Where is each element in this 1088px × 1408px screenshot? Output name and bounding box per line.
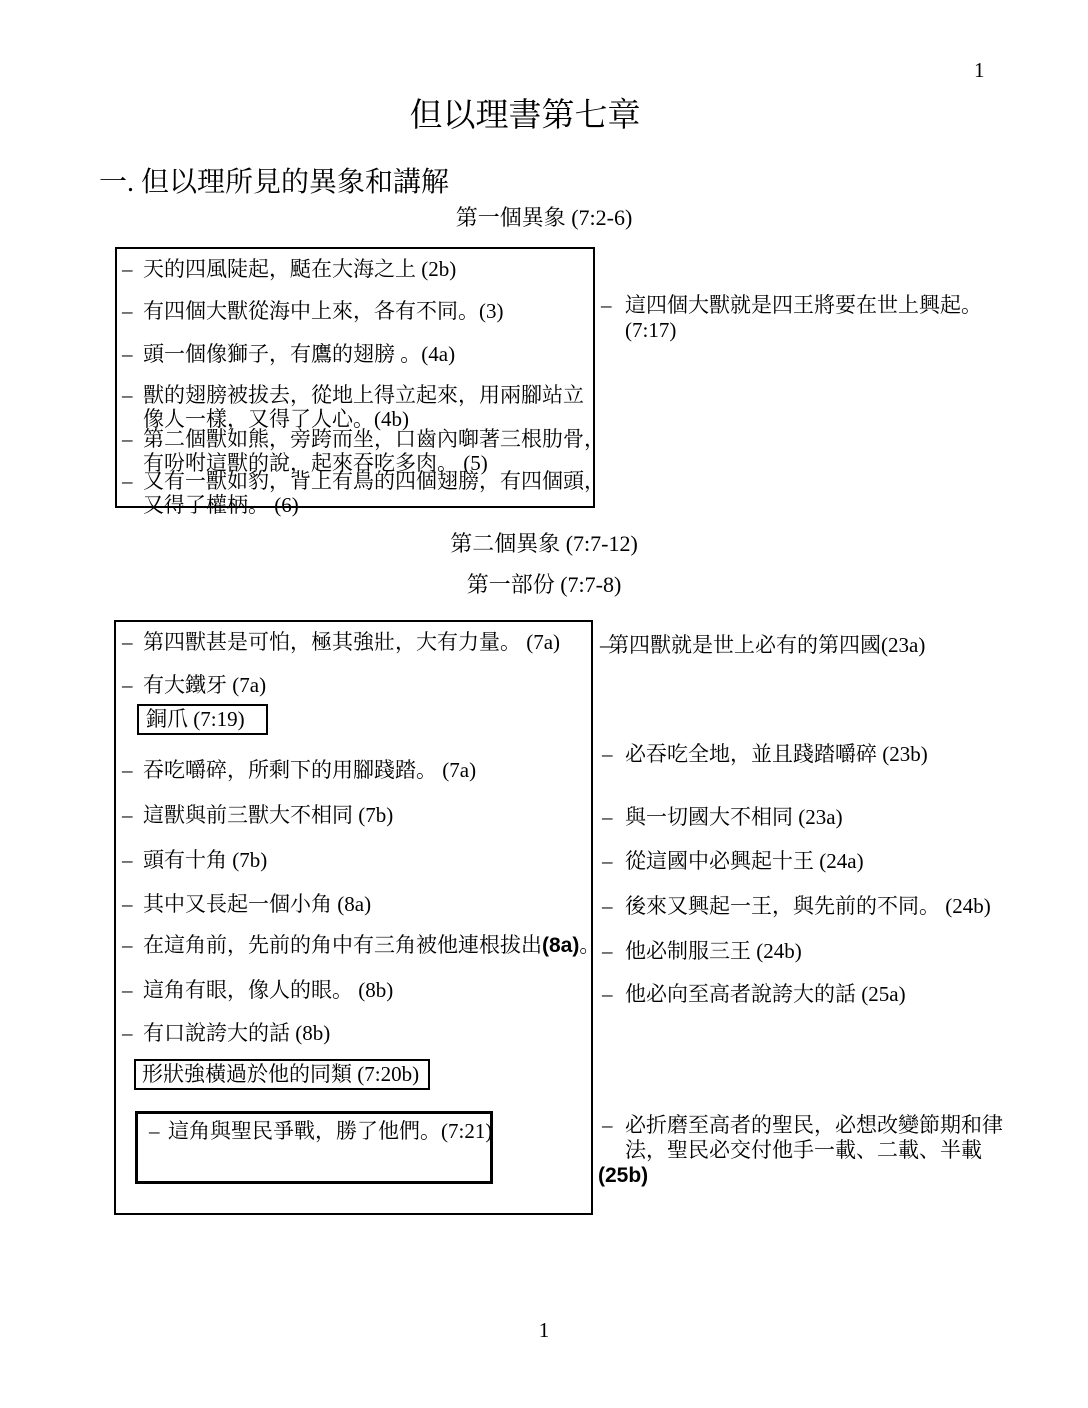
- bullet-dash: –: [602, 982, 625, 1006]
- item-text: 天的四風陡起，颳在大海之上 (2b): [143, 257, 456, 281]
- vision1-heading: 第一個異象 (7:2-6): [0, 205, 1088, 231]
- item-text: 這四個大獸就是四王將要在世上興起。(7:17): [625, 293, 982, 343]
- item-text: 其中又長起一個小角 (8a): [143, 892, 371, 916]
- bullet-dash: –: [122, 630, 143, 654]
- bullet-dash: –: [122, 978, 143, 1002]
- item-text: 第二個獸如熊，旁跨而坐，口齒內啣著三根肋骨，有吩咐這獸的說，起來吞吃多肉。 (5…: [143, 427, 605, 475]
- bullet-dash: –: [122, 427, 143, 451]
- item-text: 有四個大獸從海中上來，各有不同。(3): [143, 299, 504, 323]
- section-heading: 一. 但以理所見的異象和講解: [99, 167, 449, 199]
- item-text: 獸的翅膀被拔去，從地上得立起來，用兩腳站立像人一樣，又得了人心。(4b): [143, 383, 584, 431]
- item-text: 這角有眼，像人的眼。 (8b): [143, 978, 393, 1002]
- list-item: – 他必制服三王 (24b): [602, 939, 802, 963]
- list-item: – 必折磨至高者的聖民，必想改變節期和律 法，聖民必交付他手一載、二載、半載 (…: [602, 1113, 1003, 1188]
- list-item: – 有大鐵牙 (7a): [122, 673, 266, 697]
- list-item: – 第二個獸如熊，旁跨而坐，口齒內啣著三根肋骨，有吩咐這獸的說，起來吞吃多肉。 …: [122, 427, 605, 475]
- bullet-dash: –: [602, 894, 625, 918]
- bullet-dash: –: [149, 1119, 168, 1144]
- list-item: – 這獸與前三獸大不相同 (7b): [122, 803, 393, 827]
- bullet-dash: –: [122, 758, 143, 782]
- bullet-dash: –: [602, 939, 625, 963]
- list-item: – 獸的翅膀被拔去，從地上得立起來，用兩腳站立像人一樣，又得了人心。(4b): [122, 383, 584, 431]
- vision2-part-heading: 第一部份 (7:7-8): [0, 572, 1088, 598]
- claws-box: 銅爪 (7:19): [137, 704, 268, 735]
- bullet-dash: –: [122, 1021, 143, 1045]
- bullet-dash: –: [601, 293, 625, 318]
- item-text: 頭有十角 (7b): [143, 848, 267, 872]
- page-number-top: 1: [974, 58, 985, 82]
- item-text: 吞吃嚼碎，所剩下的用腳踐踏。 (7a): [143, 758, 476, 782]
- page-number-bottom: 1: [0, 1318, 1088, 1342]
- bullet-dash: –: [122, 383, 143, 407]
- item-text: 從這國中必興起十王 (24a): [625, 849, 864, 873]
- appearance-box: 形狀強橫過於他的同類 (7:20b): [134, 1059, 430, 1090]
- list-item: – 他必向至高者說誇大的話 (25a): [602, 982, 906, 1006]
- bullet-dash: –: [602, 805, 625, 829]
- list-item: – 天的四風陡起，颳在大海之上 (2b): [122, 257, 456, 281]
- bold-ref: (8a): [542, 934, 579, 957]
- list-item: – 第四獸甚是可怕，極其強壯，大有力量。 (7a): [122, 630, 560, 654]
- bullet-dash: –: [600, 633, 608, 657]
- bullet-dash: –: [122, 892, 143, 916]
- list-item: – 頭有十角 (7b): [122, 848, 267, 872]
- list-item: – 有四個大獸從海中上來，各有不同。(3): [122, 299, 504, 323]
- list-item: – 從這國中必興起十王 (24a): [602, 849, 864, 873]
- item-text: 後來又興起一王，與先前的不同。 (24b): [625, 894, 991, 918]
- item-text: 必折磨至高者的聖民，必想改變節期和律 法，聖民必交付他手一載、二載、半載 (25…: [625, 1113, 1003, 1188]
- vision2-heading: 第二個異象 (7:7-12): [0, 531, 1088, 557]
- list-item: – 有口說誇大的話 (8b): [122, 1021, 330, 1045]
- bullet-dash: –: [602, 1113, 625, 1138]
- page-title: 但以理書第七章: [0, 96, 1050, 136]
- bullet-dash: –: [602, 849, 625, 873]
- item-text: 他必制服三王 (24b): [625, 939, 802, 963]
- list-item: – 必吞吃全地，並且踐踏嚼碎 (23b): [602, 742, 928, 766]
- item-text: 這獸與前三獸大不相同 (7b): [143, 803, 393, 827]
- item-text: 與一切國大不相同 (23a): [625, 805, 843, 829]
- list-item: – 後來又興起一王，與先前的不同。 (24b): [602, 894, 991, 918]
- item-text: 必吞吃全地，並且踐踏嚼碎 (23b): [625, 742, 928, 766]
- list-item: – 又有一獸如豹，背上有鳥的四個翅膀，有四個頭，又得了權柄。 (6): [122, 469, 605, 517]
- item-text: 他必向至高者說誇大的話 (25a): [625, 982, 906, 1006]
- item-text: 第四獸就是世上必有的第四國(23a): [608, 633, 925, 657]
- list-item: – 在這角前，先前的角中有三角被他連根拔出(8a)。: [122, 933, 600, 958]
- list-item: – 第四獸就是世上必有的第四國(23a): [600, 633, 925, 657]
- document-page: 1 但以理書第七章 一. 但以理所見的異象和講解 第一個異象 (7:2-6) –…: [0, 0, 1088, 1408]
- bullet-dash: –: [122, 848, 143, 872]
- bullet-dash: –: [122, 469, 143, 493]
- item-text: 在這角前，先前的角中有三角被他連根拔出(8a)。: [143, 933, 600, 958]
- war-box: – 這角與聖民爭戰，勝了他們。(7:21): [135, 1111, 493, 1184]
- item-text: 頭一個像獅子，有鷹的翅膀 。(4a): [143, 342, 455, 366]
- bullet-dash: –: [122, 342, 143, 366]
- bullet-dash: –: [122, 299, 143, 323]
- bold-ref: (25b): [598, 1163, 1003, 1188]
- item-text: 有大鐵牙 (7a): [143, 673, 266, 697]
- item-text: 有口說誇大的話 (8b): [143, 1021, 330, 1045]
- list-item: – 這角有眼，像人的眼。 (8b): [122, 978, 393, 1002]
- list-item: – 其中又長起一個小角 (8a): [122, 892, 371, 916]
- list-item: – 與一切國大不相同 (23a): [602, 805, 843, 829]
- bullet-dash: –: [122, 933, 143, 957]
- bullet-dash: –: [122, 803, 143, 827]
- item-text: 又有一獸如豹，背上有鳥的四個翅膀，有四個頭，又得了權柄。 (6): [143, 469, 605, 517]
- bullet-dash: –: [602, 742, 625, 766]
- bullet-dash: –: [122, 257, 143, 281]
- item-text: 第四獸甚是可怕，極其強壯，大有力量。 (7a): [143, 630, 560, 654]
- item-text: 這角與聖民爭戰，勝了他們。(7:21): [168, 1119, 492, 1144]
- bullet-dash: –: [122, 673, 143, 697]
- vision1-note: – 這四個大獸就是四王將要在世上興起。(7:17): [601, 293, 982, 343]
- list-item: – 頭一個像獅子，有鷹的翅膀 。(4a): [122, 342, 455, 366]
- list-item: – 吞吃嚼碎，所剩下的用腳踐踏。 (7a): [122, 758, 476, 782]
